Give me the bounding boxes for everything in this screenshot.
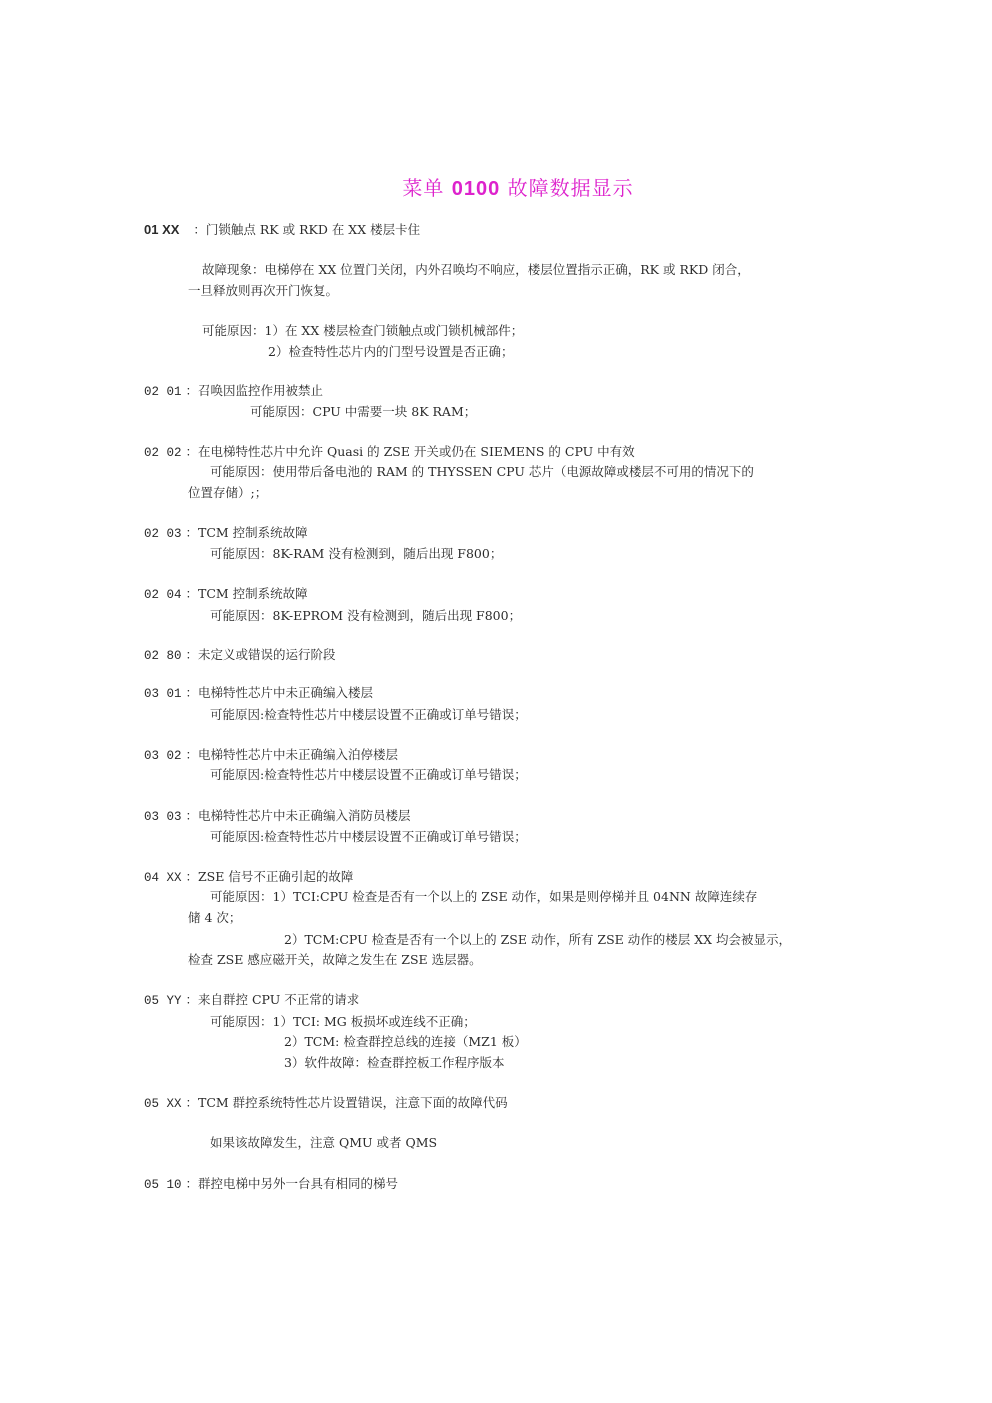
fault-code: 01 XX [144, 222, 179, 237]
fault-code: 04 XX [144, 871, 182, 885]
entry-heading: 03 01 ：电梯特性芯片中未正确编入楼层 [144, 685, 373, 702]
entry-line: 2）检查特性芯片内的门型号设置是否正确； [268, 344, 513, 360]
entry-heading: 03 03 ：电梯特性芯片中未正确编入消防员楼层 [144, 808, 411, 825]
entry-heading: 02 02 ：在电梯特性芯片中允许 Quasi 的 ZSE 开关或仍在 SIEM… [144, 444, 635, 461]
fault-title: ：电梯特性芯片中未正确编入泊停楼层 [186, 747, 399, 762]
entry-line: 可能原因：1）TCI: MG 板损坏或连线不正确； [210, 1014, 476, 1030]
entry-line: 可能原因：1）在 XX 楼层检查门锁触点或门锁机械部件； [202, 323, 523, 339]
entry-line: 可能原因:检查特性芯片中楼层设置不正确或订单号错误； [210, 707, 527, 723]
entry-heading: 05 XX ：TCM 群控系统特性芯片设置错误，注意下面的故障代码 [144, 1095, 508, 1112]
fault-title: ：群控电梯中另外一台具有相同的梯号 [186, 1176, 399, 1191]
fault-code: 02 02 [144, 446, 182, 460]
entry-line: 可能原因:检查特性芯片中楼层设置不正确或订单号错误； [210, 767, 527, 783]
entry-heading: 02 04 ：TCM 控制系统故障 [144, 586, 308, 603]
fault-code: 02 04 [144, 588, 182, 602]
entry-heading: 05 10 ：群控电梯中另外一台具有相同的梯号 [144, 1176, 398, 1193]
entry-line: 可能原因：使用带后备电池的 RAM 的 THYSSEN CPU 芯片（电源故障或… [210, 464, 754, 480]
entry-line: 可能原因：8K-RAM 没有检测到，随后出现 F800； [210, 546, 502, 562]
entry-line: 可能原因：8K-EPROM 没有检测到，随后出现 F800； [210, 608, 521, 624]
fault-title: ：来自群控 CPU 不正常的请求 [186, 992, 360, 1007]
fault-title: ：TCM 控制系统故障 [186, 525, 308, 540]
title-suffix: 故障数据显示 [508, 176, 634, 200]
fault-title: ：在电梯特性芯片中允许 Quasi 的 ZSE 开关或仍在 SIEMENS 的 … [186, 444, 635, 459]
fault-code: 03 01 [144, 687, 182, 701]
fault-title: ：门锁触点 RK 或 RKD 在 XX 楼层卡住 [193, 222, 420, 237]
fault-code: 02 03 [144, 527, 182, 541]
fault-code: 05 10 [144, 1178, 182, 1192]
fault-title: ：ZSE 信号不正确引起的故障 [186, 869, 354, 884]
document-page: 菜单 0100 故障数据显示 01 XX ：门锁触点 RK 或 RKD 在 XX… [0, 0, 992, 1403]
fault-code: 03 02 [144, 749, 182, 763]
entry-line: 储 4 次； [188, 910, 241, 926]
fault-title: ：召唤因监控作用被禁止 [186, 383, 324, 398]
entry-line: 2）TCM: 检查群控总线的连接（MZ1 板） [284, 1034, 527, 1050]
entry-line: 检查 ZSE 感应磁开关，故障之发生在 ZSE 选层器。 [188, 952, 482, 968]
fault-title: ：未定义或错误的运行阶段 [186, 647, 336, 662]
entry-line: 一旦释放则再次开门恢复。 [188, 283, 338, 299]
entry-line: 可能原因:检查特性芯片中楼层设置不正确或订单号错误； [210, 829, 527, 845]
entry-heading: 02 01 ：召唤因监控作用被禁止 [144, 383, 323, 400]
fault-title: ：TCM 控制系统故障 [186, 586, 308, 601]
fault-code: 02 01 [144, 385, 182, 399]
fault-code: 02 80 [144, 649, 182, 663]
entry-line: 2）TCM:CPU 检查是否有一个以上的 ZSE 动作，所有 ZSE 动作的楼层… [284, 932, 791, 948]
fault-title: ：电梯特性芯片中未正确编入楼层 [186, 685, 374, 700]
entry-line: 可能原因：CPU 中需要一块 8K RAM； [250, 404, 476, 420]
entry-line: 位置存储）;； [188, 485, 267, 501]
entry-heading: 05 YY ：来自群控 CPU 不正常的请求 [144, 992, 359, 1009]
entry-heading: 02 03 ：TCM 控制系统故障 [144, 525, 308, 542]
entry-line: 如果该故障发生，注意 QMU 或者 QMS [210, 1135, 437, 1151]
entry-line: 可能原因：1）TCI:CPU 检查是否有一个以上的 ZSE 动作，如果是则停梯并… [210, 889, 757, 905]
page-title: 菜单 0100 故障数据显示 [0, 172, 992, 201]
entry-heading: 01 XX ：门锁触点 RK 或 RKD 在 XX 楼层卡住 [144, 222, 420, 238]
entry-heading: 02 80 ：未定义或错误的运行阶段 [144, 647, 336, 664]
title-prefix: 菜单 [402, 176, 444, 200]
title-number: 0100 [452, 178, 501, 200]
fault-code: 03 03 [144, 810, 182, 824]
fault-title: ：电梯特性芯片中未正确编入消防员楼层 [186, 808, 411, 823]
entry-heading: 04 XX ：ZSE 信号不正确引起的故障 [144, 869, 353, 886]
entry-heading: 03 02 ：电梯特性芯片中未正确编入泊停楼层 [144, 747, 398, 764]
entry-line: 3）软件故障：检查群控板工作程序版本 [284, 1055, 504, 1071]
entry-line: 故障现象：电梯停在 XX 位置门关闭，内外召唤均不响应，楼层位置指示正确，RK … [202, 262, 750, 278]
fault-code: 05 YY [144, 994, 182, 1008]
fault-title: ：TCM 群控系统特性芯片设置错误，注意下面的故障代码 [186, 1095, 508, 1110]
fault-code: 05 XX [144, 1097, 182, 1111]
